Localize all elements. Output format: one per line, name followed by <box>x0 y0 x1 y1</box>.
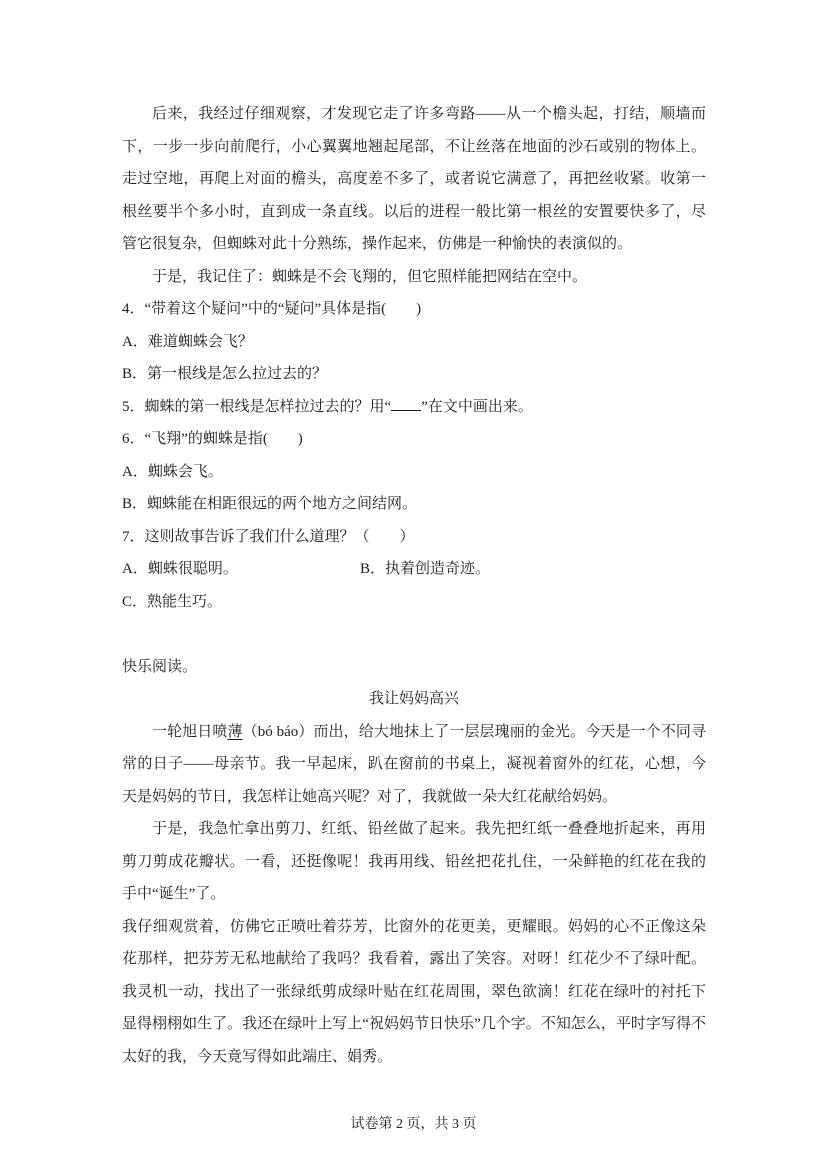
question-4-option-a: A．难道蜘蛛会飞？ <box>122 326 706 359</box>
exam-paper-page: 后来，我经过仔细观察，才发现它走了许多弯路——从一个檐头起，打结，顺墙而下，一步… <box>0 0 827 1169</box>
passage2-paragraph-3: 我仔细观赏着，仿佛它正喷吐着芬芳，比窗外的花更美，更耀眼。妈妈的心不正像这朵花那… <box>122 911 706 1074</box>
page-footer: 试卷第 2 页，共 3 页 <box>0 1114 827 1136</box>
passage2-paragraph-2: 于是，我急忙拿出剪刀、红纸、铅丝做了起来。我先把红纸一叠叠地折起来，再用剪刀剪成… <box>122 813 706 911</box>
question-7-option-c: C．熟能生巧。 <box>122 586 706 619</box>
question-5-prefix: 5．蜘蛛的第一根线是怎样拉过去的？用“ <box>122 399 391 415</box>
passage2-title: 我让妈妈高兴 <box>122 683 706 716</box>
passage2-paragraph-1-pre: 一轮旭日喷 <box>152 724 228 740</box>
question-5-suffix: ”在文中画出来。 <box>421 399 533 415</box>
underlined-character: 薄 <box>228 724 243 740</box>
question-7-options-row: A．蜘蛛很聪明。B．执着创造奇迹。 <box>122 553 706 586</box>
question-7-option-a: A．蜘蛛很聪明。 <box>122 553 360 586</box>
question-5-stem: 5．蜘蛛的第一根线是怎样拉过去的？用“”在文中画出来。 <box>122 391 706 424</box>
question-6-option-a: A．蜘蛛会飞。 <box>122 456 706 489</box>
page-content: 后来，我经过仔细观察，才发现它走了许多弯路——从一个檐头起，打结，顺墙而下，一步… <box>122 98 706 1073</box>
question-7-option-b: B．执着创造奇迹。 <box>360 553 490 586</box>
blank-line <box>122 618 706 651</box>
question-6-option-b: B．蜘蛛能在相距很远的两个地方之间结网。 <box>122 488 706 521</box>
question-4-stem: 4．“带着这个疑问”中的“疑问”具体是指( ) <box>122 293 706 326</box>
passage1-paragraph-1: 后来，我经过仔细观察，才发现它走了许多弯路——从一个檐头起，打结，顺墙而下，一步… <box>122 98 706 261</box>
question-6-stem: 6．“飞翔”的蜘蛛是指( ) <box>122 423 706 456</box>
answer-blank-line <box>391 397 421 411</box>
passage1-paragraph-2: 于是，我记住了：蜘蛛是不会飞翔的，但它照样能把网结在空中。 <box>122 261 706 294</box>
section-label-happy-reading: 快乐阅读。 <box>122 651 706 684</box>
passage2-paragraph-1: 一轮旭日喷薄（bó báo）而出，给大地抹上了一层层瑰丽的金光。今天是一个不同寻… <box>122 716 706 814</box>
question-7-stem: 7．这则故事告诉了我们什么道理？（ ） <box>122 521 706 554</box>
question-4-option-b: B．第一根线是怎么拉过去的？ <box>122 358 706 391</box>
